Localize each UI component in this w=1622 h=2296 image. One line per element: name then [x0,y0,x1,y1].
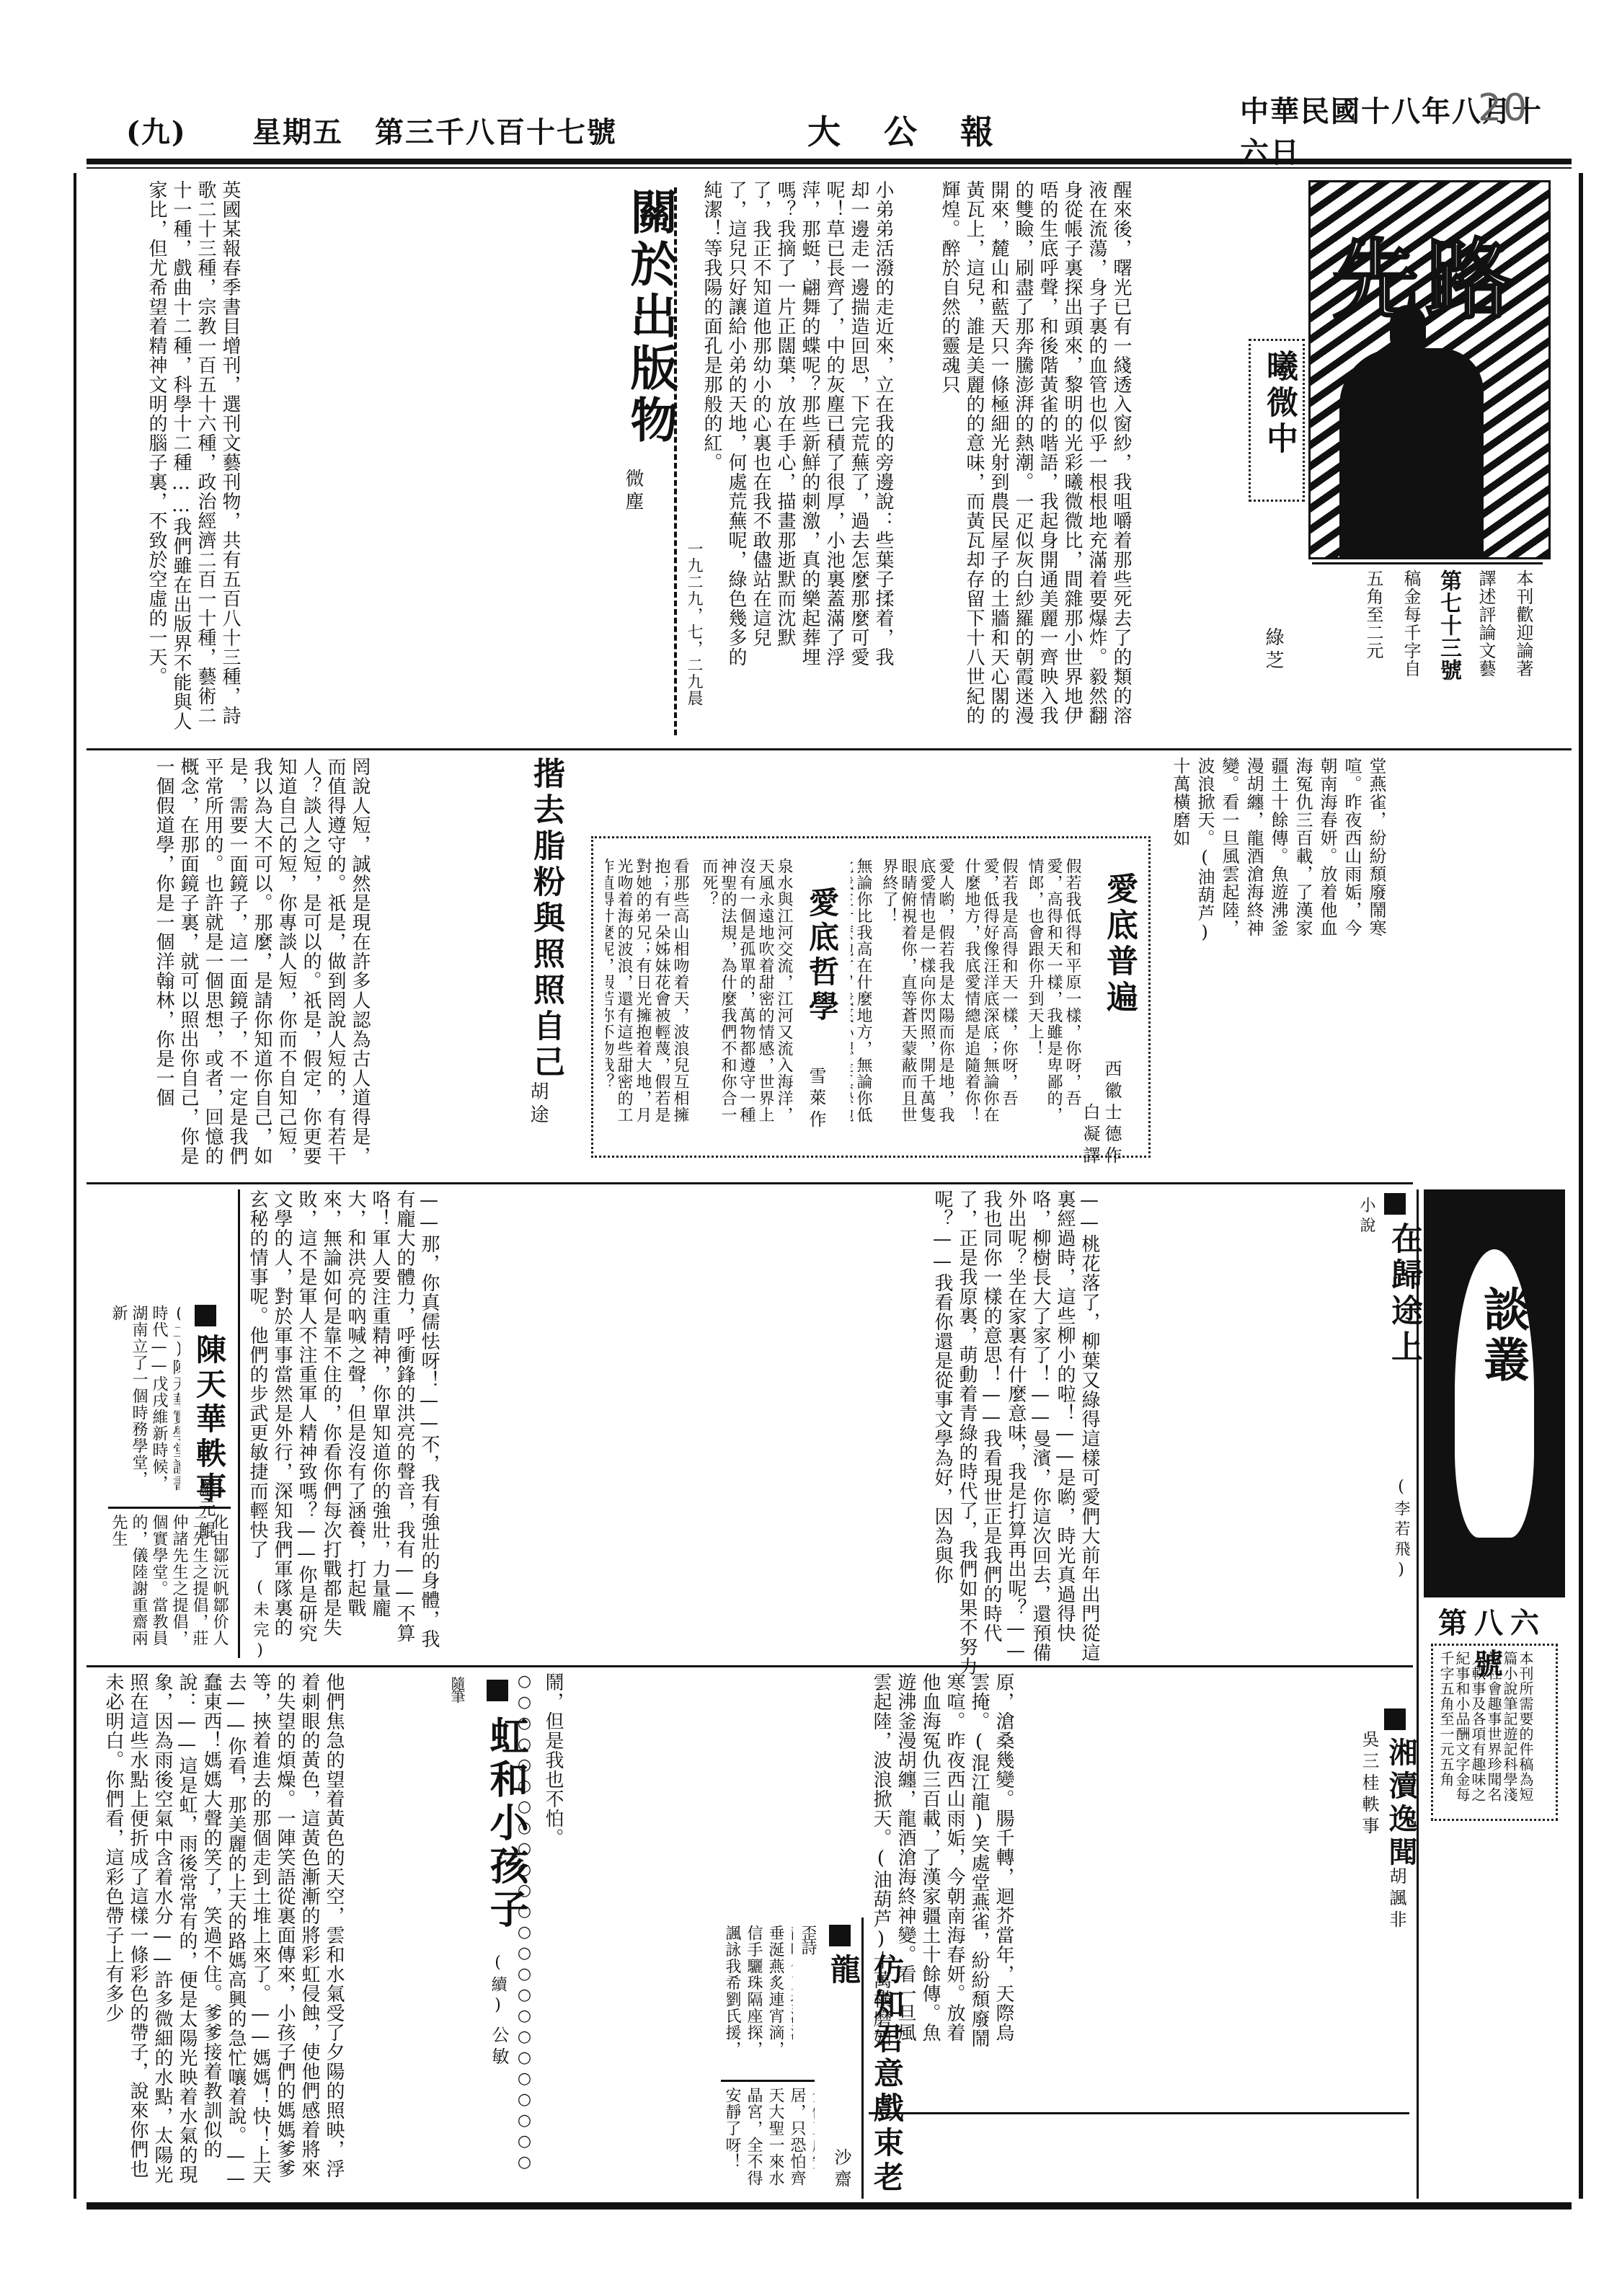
xianlu-issue-label: 第七十三號 [1436,569,1461,706]
column-divider [238,1189,240,1658]
divider [1312,562,1543,564]
column-divider [861,1918,864,2199]
fangzhi-prose: 聽說波知國的龍王龍婿龍子分做三處安居，只恐怕齊天大聖一來水晶宮，全不得安靜了呀！ [721,2087,815,2191]
masthead: (九) 星期五 第三千八百十七號 大公報 中華民國十八年八月十六日 20 [87,108,1572,151]
rider-head-silhouette [1390,305,1426,355]
xiwei-author: 綠芝 [1260,627,1287,673]
ai-pubian-stanza-1: 假若我低得和平原一樣，你呀，吾愛，高得和天一樣，我雖是卑鄙的，情郎，也會跟你升到… [1025,858,1081,1139]
page-bottom-rule [87,2202,1572,2209]
section-marker-square [829,1925,851,1946]
ai-pubian-stanza-3: 愛人喲，假若我是太陽而你是地，我底愛情也是一樣向你閃照，開千萬隻眼睛俯視着你，直… [879,858,954,1139]
tancong-banner-title: 談叢 [1469,1285,1535,1386]
xiaodi-date: 一九二九，七，二九晨 [681,541,706,728]
ai-pubian-title: 愛底普遍 [1096,872,1142,1016]
horseman-silhouette [1339,348,1484,557]
ai-pubian-stanzas: 假若我低得和平原一樣，你呀，吾愛，高得和天一樣，我雖是卑鄙的，情郎，也會跟你升到… [851,858,1081,1146]
ai-pubian-translator: 白凝譯 [1078,1103,1103,1168]
ai-pubian-author: 西徽士德作 [1099,1060,1125,1168]
hong-author: 公敏 [487,2026,512,2069]
publishing-article: 英國某報春季書目增刊，選刊文藝刊物，共有五百八十三種，詩歌二十三種，宗教一百五十… [144,180,606,743]
tancong-notice: 本刊所需要的件稿為短篇小說筆記遊記科學淺說社會趣事世界珍聞名人軼事及各項有趣味之… [1438,1651,1546,1813]
divider [721,2080,815,2082]
zhiding-article: 罔說人短，誠然是現在許多人認為古人道得是，而值得遵守的。祇是，做到罔說人短的，有… [151,757,512,1175]
fangzhi-poem-block: 肯見龍文笑已含，龍吟今又指湘潭，垂涎燕炙連宵滴，信手驪珠隔座探，諷詠我希劉氏援， [721,1925,793,2069]
weekday: 星期五 [252,110,343,151]
page-number: (九) [126,110,187,151]
xiaoshuo-tag: 小說 [1355,1197,1378,1237]
divider [108,1507,231,1509]
xianlu-notice-1: 本刊歡迎論著 [1511,569,1535,706]
publishing-body: 英國某報春季書目增刊，選刊文藝刊物，共有五百八十三種，詩歌二十三種，宗教一百五十… [144,180,242,735]
xianlu-notice-2: 譯述評論文藝 [1473,569,1498,706]
xiwei-article: 醒來後，曙光已有一綫透入窗紗，我咀嚼着那些死去了的類的溶液在流蕩，身子裏的血管也… [937,180,1240,743]
issue-number: 第三千八百十七號 [375,110,617,151]
paper-title: 大公報 [807,106,1037,154]
hong-article: 他們焦急的望着黃色的天空，雲和水氣受了夕陽的照映，浮着刺眼的黃色，這黃色漸漸的將… [101,1672,440,2199]
xiaoshuo-article: ——桃花落了，柳葉又綠得這樣可愛們大前年出門從這裏經過時，這些柳小的啦！——是喲… [930,1189,1348,1687]
hunjiang-body: 原，滄桑幾變。腸千轉，迴芥當年，天際烏雲掩。(混江龍)笑處堂燕雀，紛紛頹廢鬧寒喧… [869,1672,1016,2055]
chen-tianhua-body-block: 化由鄒沅帆鄒价人二先生之提倡，莊仲諸先生之提倡，個實學堂。當教員的，儀陸謝重齋兩… [108,1514,231,1658]
hong-continued: (續) [487,1954,509,2018]
fangzhi-prose-block: 聽說波知國的龍王龍婿龍子分做三處安居，只恐怕齊天大聖一來水晶宮，全不得安靜了呀！ [721,2087,815,2195]
shanghai-body: 此外他的著作，除零篇一理取鬧，但是我也不怕。 [541,1672,570,1954]
section-marker-square [487,1680,508,1701]
masthead-rule-thin [87,167,1572,169]
tancong-banner-illustration: 談叢 [1424,1189,1565,1597]
middle-right-body: 原，滄桑幾變。腸千轉，迴芥當年，天際烏雲掩。(混江龍)笑處堂燕雀，紛紛頹廢鬧寒喧… [1168,757,1391,952]
hunjiang-article: 原，滄桑幾變。腸千轉，迴芥當年，天際烏雲掩。(混江龍)笑處堂燕雀，紛紛頹廢鬧寒喧… [869,1672,1409,2062]
fangzhi-poem: 肯見龍文笑已含，龍吟今又指湘潭，垂涎燕炙連宵滴，信手驪珠隔座探，諷詠我希劉氏援， [721,1925,793,2065]
page-frame-right [1579,173,1583,2199]
zhiding-title: 揩去脂粉與照照自己 [523,757,569,1081]
ai-pubian-stanza-2: 假若我是高得和天一樣，你呀，吾愛，低得好像汪洋底深底；無論你在什麼地方，我底愛情… [962,858,1018,1139]
middle-right-article: 原，滄桑幾變。腸千轉，迴芥當年，天際烏雲掩。(混江龍)笑處堂燕雀，紛紛頹廢鬧寒喧… [1168,757,1391,959]
fangzhi-author: 沙齋 [829,2148,854,2191]
xiaodi-article: 小弟弟活潑的走近來，立在我的旁邊說：些葉子揉着，我却一邊走一邊揣造回思，下完荒蕪… [699,180,930,743]
ai-zhexue-author: 雪萊作 [804,1067,829,1132]
xiaodi-body: 小弟弟活潑的走近來，立在我的旁邊說：些葉子揉着，我却一邊走一邊揣造回思，下完荒蕪… [699,180,895,685]
newspaper-page: (九) 星期五 第三千八百十七號 大公報 中華民國十八年八月十六日 20 先路 … [87,108,1572,2228]
shanghai-article: 此外他的著作，除零篇一理取鬧，但是我也不怕。 [541,1672,570,1961]
ai-zhexue-stanza-2: 看那些高山相吻着天，波浪兒互相擁抱；有一朵姊妹花會被輕蔑，假若是對她的弟兄；有日… [606,858,689,1132]
section-divider [87,1182,1413,1184]
masthead-rule [87,159,1572,164]
xianlu-banner-illustration: 先路 [1308,180,1551,559]
xianlu-notice-4: 五角至二元 [1361,569,1386,706]
xiaoshuo-body: ——桃花落了，柳葉又綠得這樣可愛們大前年出門從這裏經過時，這些柳小的啦！——是喲… [930,1189,1102,1680]
zhiding-body: 罔說人短，誠然是現在許多人認為古人道得是，而值得遵守的。祇是，做到罔說人短的，有… [151,757,372,1168]
divider [869,2112,1409,2114]
xiwei-title: 曦微中 [1256,350,1302,494]
tancong-notice-text: 本刊所需要的件稿為短篇小說筆記遊記科學淺說社會趣事世界珍聞名人軼事及各項有趣味之… [1438,1651,1533,1809]
chen-tianhua-subtitle: (二)陳天華實學堂讀書時代——戊戌維新時候，湖南立了一個時務學堂，新 [108,1305,180,1492]
publishing-title: 關於出版物 [616,187,685,447]
section-divider [87,1665,1413,1667]
dialogue-body: ——那，你真儒怯呀！——不，我有強壯的身體，我有龐大的體力，呼衝鋒的洪亮的聲音，… [245,1189,441,1651]
dialogue-article: ——那，你真儒怯呀！——不，我有強壯的身體，我有龐大的體力，呼衝鋒的洪亮的聲音，… [245,1189,923,1658]
ai-zhexue-stanzas: 泉水與江河交流，江河又流入海洋，天風永遠地吹着甜密的情感，世界上沒有一個是孤單的… [606,858,793,1146]
section-marker-square [1384,1193,1406,1215]
hong-title: 虹和小孩子 [479,1716,535,1932]
xianlu-notice-3: 稿金每千字自 [1399,569,1423,706]
fangzhi-tag: 歪詩 [797,1925,819,1954]
ai-zhexue-title: 愛底哲學 [800,887,843,1025]
ai-pubian-stanza-4: 無論你比我高在什麼地方，無論你低比我在什麼地方，我底心總是真摯地愛你！ [851,858,872,1139]
hong-tag: 隨筆 [447,1676,468,1702]
section-divider [87,748,1572,750]
chen-tianhua-body: 化由鄒沅帆鄒价人二先生之提倡，莊仲諸先生之提倡，個實學堂。當教員的，儀陸謝重齋兩… [108,1514,229,1654]
publishing-author: 微塵 [620,469,647,515]
xiaoshuo-title: 在歸途上 [1381,1222,1427,1366]
chen-tianhua-subtitle-block: (二)陳天華實學堂讀書時代——戊戌維新時候，湖南立了一個時務學堂，新 [108,1305,180,1499]
xianlu-info-box: 本刊歡迎論著 譯述評論文藝 第七十三號 稿金每千字自 五角至二元 [1326,569,1535,714]
hong-body: 他們焦急的望着黃色的天空，雲和水氣受了夕陽的照映，浮着刺眼的黃色，這黃色漸漸的將… [101,1672,346,2191]
zhiding-author: 胡途 [525,1081,551,1127]
xiwei-body: 醒來後，曙光已有一綫透入窗紗，我咀嚼着那些死去了的類的溶液在流蕩，身子裏的血管也… [937,180,1133,735]
ai-zhexue-stanza-1: 泉水與江河交流，江河又流入海洋，天風永遠地吹着甜密的情感，世界上沒有一個是孤單的… [699,858,793,1132]
xianlu-banner-title: 先路 [1332,211,1520,335]
section-marker-square [195,1305,216,1326]
page-frame-left [74,173,76,2199]
chen-tianhua-continued: (未完) [249,1579,271,1664]
handwritten-page-number: 20 [1478,87,1528,130]
xiaoshuo-author: (李若飛) [1390,1478,1412,1583]
